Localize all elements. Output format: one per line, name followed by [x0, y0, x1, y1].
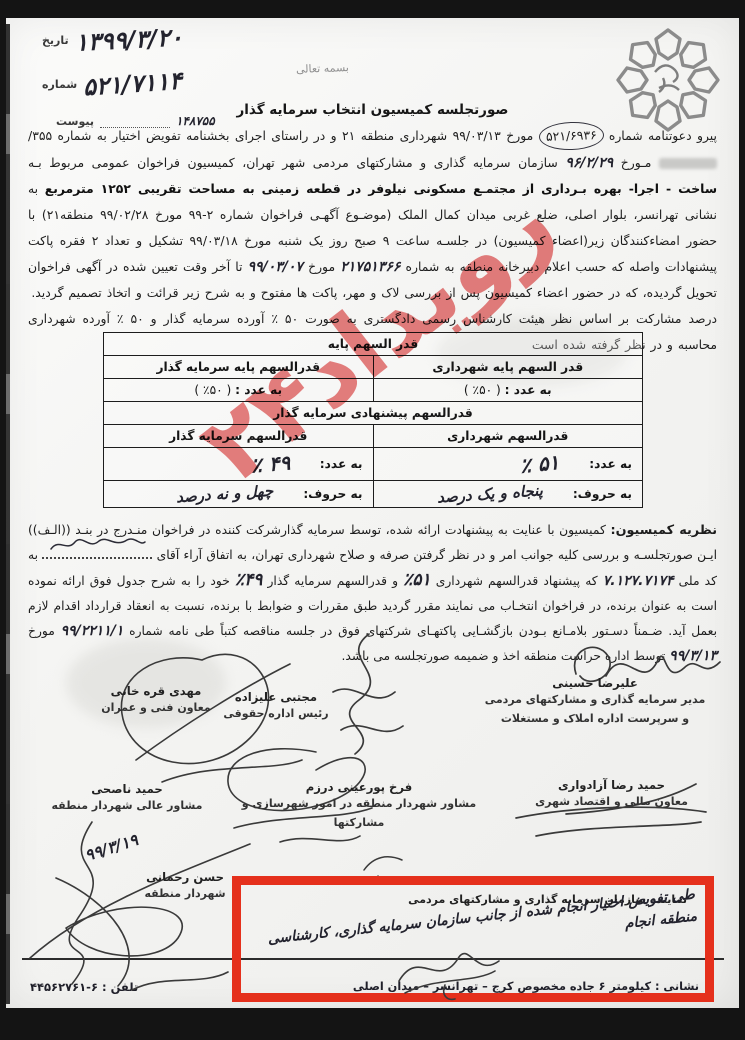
letterhead-date: تاریخ ۱۳۹۹/۳/۲۰ [42, 26, 182, 54]
signatory-title: مدیر سرمایه گذاری و مشارکتهای مردمی [470, 690, 720, 709]
reference-number-circled: ۵۲۱/۶۹۳۶ [538, 121, 604, 151]
table-row-proposed-values: به عدد:۵۱ ٪ به عدد:۴۹ ٪ [104, 448, 643, 481]
op-seg4: و قدرالسهم سرمایه گذار [262, 574, 403, 588]
base-share-header: قدر السهم پایه [104, 333, 643, 356]
prop-muni-label: قدرالسهم شهرداری [373, 425, 643, 448]
muni-share-handwritten: ۵۱٪ [403, 570, 430, 590]
base-muni-percent: ( ۵۰٪ ) [464, 383, 501, 397]
proposed-share-header: قدرالسهم پیشنهادی سرمایه گذار [104, 402, 643, 425]
signatory-pouraini: فرخ پورعینی درزم مشاور شهردار منطقه در ا… [234, 780, 484, 832]
document-title: صورتجلسه کمیسیون انتخاب سرمایه گذار [6, 102, 739, 118]
national-code-handwritten: ۷.۱۲۷.۷۱۷۴ [603, 573, 674, 589]
signatory-title: معاون فنی و عمران [76, 698, 236, 717]
base-muni-value: به عدد : ( ۵۰٪ ) [373, 379, 643, 402]
document-page: تاریخ ۱۳۹۹/۳/۲۰ شماره ۵۲۱/۷۱۱۴ پیوست ۱۴۸… [6, 18, 739, 1008]
base-inv-value: به عدد : ( ۵۰٪ ) [104, 379, 374, 402]
letter-number-handwritten: ۹۹/۲۲۱۱/۱ [61, 623, 124, 639]
handwritten-name-scribble [48, 535, 148, 557]
p1-handwritten-date: ۹۶/۲/۲۹ [565, 155, 613, 171]
prop-inv-percent-handwritten: ۴۹ ٪ [250, 450, 291, 477]
base-muni-label: قدر السهم پایه شهرداری [373, 356, 643, 379]
numeric-label: به عدد : [505, 383, 552, 397]
p1-seg5: مورخ [303, 259, 340, 274]
signatory-gharehkhani: مهدی قره خانی معاون فنی و عمران [76, 684, 236, 717]
letter-date-handwritten: ۹۹/۳/۱۳ [669, 648, 717, 664]
prop-muni-words-cell: به حروف:پنجاه و یک درصد [373, 481, 643, 508]
share-table: قدر السهم پایه قدر السهم پایه شهرداری قد… [103, 332, 643, 508]
p1-handwritten-date2: ۹۹/۰۳/۰۷ [248, 259, 303, 275]
p1-bold-project: ساخت - اجرا- بهره بـرداری از مجتمـع مسکو… [45, 181, 717, 196]
p1-seg3: سازمان سرمایه گذاری و مشارکتهای مردمی شه… [28, 155, 565, 170]
table-row-proposed-header: قدرالسهم پیشنهادی سرمایه گذار [104, 402, 643, 425]
signatory-title: معاون مالی و اقتصاد شهری [504, 792, 719, 811]
p1-handwritten-secretariat-no: ۲۱۷۵۱۳۶۶ [340, 259, 400, 275]
winner-name-handwritten [42, 543, 152, 559]
opinion-label: نظریه کمیسیون: [610, 523, 717, 538]
table-row-proposed-labels: قدرالسهم شهرداری قدرالسهم سرمایه گذار [104, 425, 643, 448]
signatory-name: حمید ناصحی [42, 782, 212, 796]
date-label: تاریخ [42, 34, 69, 47]
date-value-handwritten: ۱۳۹۹/۳/۲۰ [74, 23, 183, 57]
besmele-text: بسمه تعالی [296, 61, 349, 76]
signatory-nasehi: حمید ناصحی مشاور عالی شهردار منطقه [42, 782, 212, 815]
signatory-azadvari: حمید رضا آزادواری معاون مالی و اقتصاد شه… [504, 778, 719, 811]
table-row-words: به حروف:پنجاه و یک درصد به حروف:چهل و نه… [104, 481, 643, 508]
base-inv-label: قدرالسهم پایه سرمایه گذار [104, 356, 374, 379]
redacted-smudge [659, 158, 717, 169]
p1-seg2: مورخ ۹۹/۰۳/۱۳ شهرداری منطقه ۲۱ و در راست… [28, 128, 539, 143]
signatory-name: فرخ پورعینی درزم [234, 780, 484, 794]
base-inv-percent: ( ۵۰٪ ) [194, 383, 231, 397]
words-label: به حروف: [303, 487, 362, 501]
table-row-base-labels: قدر السهم پایه شهرداری قدرالسهم پایه سرم… [104, 356, 643, 379]
table-row-base-values: به عدد : ( ۵۰٪ ) به عدد : ( ۵۰٪ ) [104, 379, 643, 402]
words-label: به حروف: [573, 487, 632, 501]
signatory-title: و سرپرست اداره املاک و مستغلات [470, 709, 720, 728]
signatory-title: مشاور عالی شهردار منطقه [42, 796, 212, 815]
scanned-document-screen: تاریخ ۱۳۹۹/۳/۲۰ شماره ۵۲۱/۷۱۱۴ پیوست ۱۴۸… [0, 0, 745, 1040]
table-row-base-header: قدر السهم پایه [104, 333, 643, 356]
number-value-handwritten: ۵۲۱/۷۱۱۴ [82, 67, 183, 102]
rahmani-date-handwritten: ۹۹/۳/۱۹ [82, 830, 140, 865]
op-seg7: توسط اداره حراست منطقه اخذ و ضمیمه صورتج… [341, 649, 669, 663]
signatory-hosseini: علیرضا حسینی مدیر سرمایه گذاری و مشارکته… [470, 676, 720, 728]
prop-muni-percent-handwritten: ۵۱ ٪ [519, 450, 560, 478]
p1-seg1: پیرو دعوتنامه شماره [603, 128, 717, 143]
inv-share-handwritten: ۴۹٪ [235, 570, 262, 590]
prop-inv-words-handwritten: چهل و نه درصد [176, 482, 274, 507]
numeric-label: به عدد: [320, 457, 363, 471]
signatory-name: مهدی قره خانی [76, 684, 236, 698]
prop-muni-words-handwritten: پنجاه و یک درصد [436, 481, 543, 506]
numeric-label: به عدد: [589, 457, 632, 471]
signature-scribble-representative [381, 941, 511, 1003]
letterhead-number: شماره ۵۲۱/۷۱۱۴ [42, 70, 182, 98]
tehran-municipality-logo-icon [613, 22, 723, 138]
red-highlight-box: نماینده سازمان سرمایه گذاری و مشارکتهای … [232, 876, 714, 1002]
body-paragraphs: پیرو دعوتنامه شماره ۵۲۱/۶۹۳۶ مورخ ۹۹/۰۳/… [28, 122, 717, 358]
prop-inv-value-cell: به عدد:۴۹ ٪ [104, 448, 374, 481]
signatory-name: حمید رضا آزادواری [504, 778, 719, 792]
p1-seg2b: مـورخ [613, 155, 659, 170]
op-seg6: مورخ [28, 624, 61, 638]
signatory-title: مشاور شهردار منطقه در امور شهرسازی و مشا… [234, 794, 484, 832]
number-label: شماره [42, 78, 77, 91]
op-seg3: که پیشنهاد قدرالسهم شهرداری [431, 574, 603, 588]
prop-inv-label: قدرالسهم سرمایه گذار [104, 425, 374, 448]
prop-inv-words-cell: به حروف:چهل و نه درصد [104, 481, 374, 508]
numeric-label: به عدد : [235, 383, 282, 397]
signatory-name: علیرضا حسینی [470, 676, 720, 690]
footer-phone: تلفن : ۶-۴۴۵۶۲۷۶۱ [30, 980, 138, 994]
commission-opinion: نظریه کمیسیون: کمیسیون با عنایت به پیشنه… [28, 518, 717, 669]
prop-muni-value-cell: به عدد:۵۱ ٪ [373, 448, 643, 481]
